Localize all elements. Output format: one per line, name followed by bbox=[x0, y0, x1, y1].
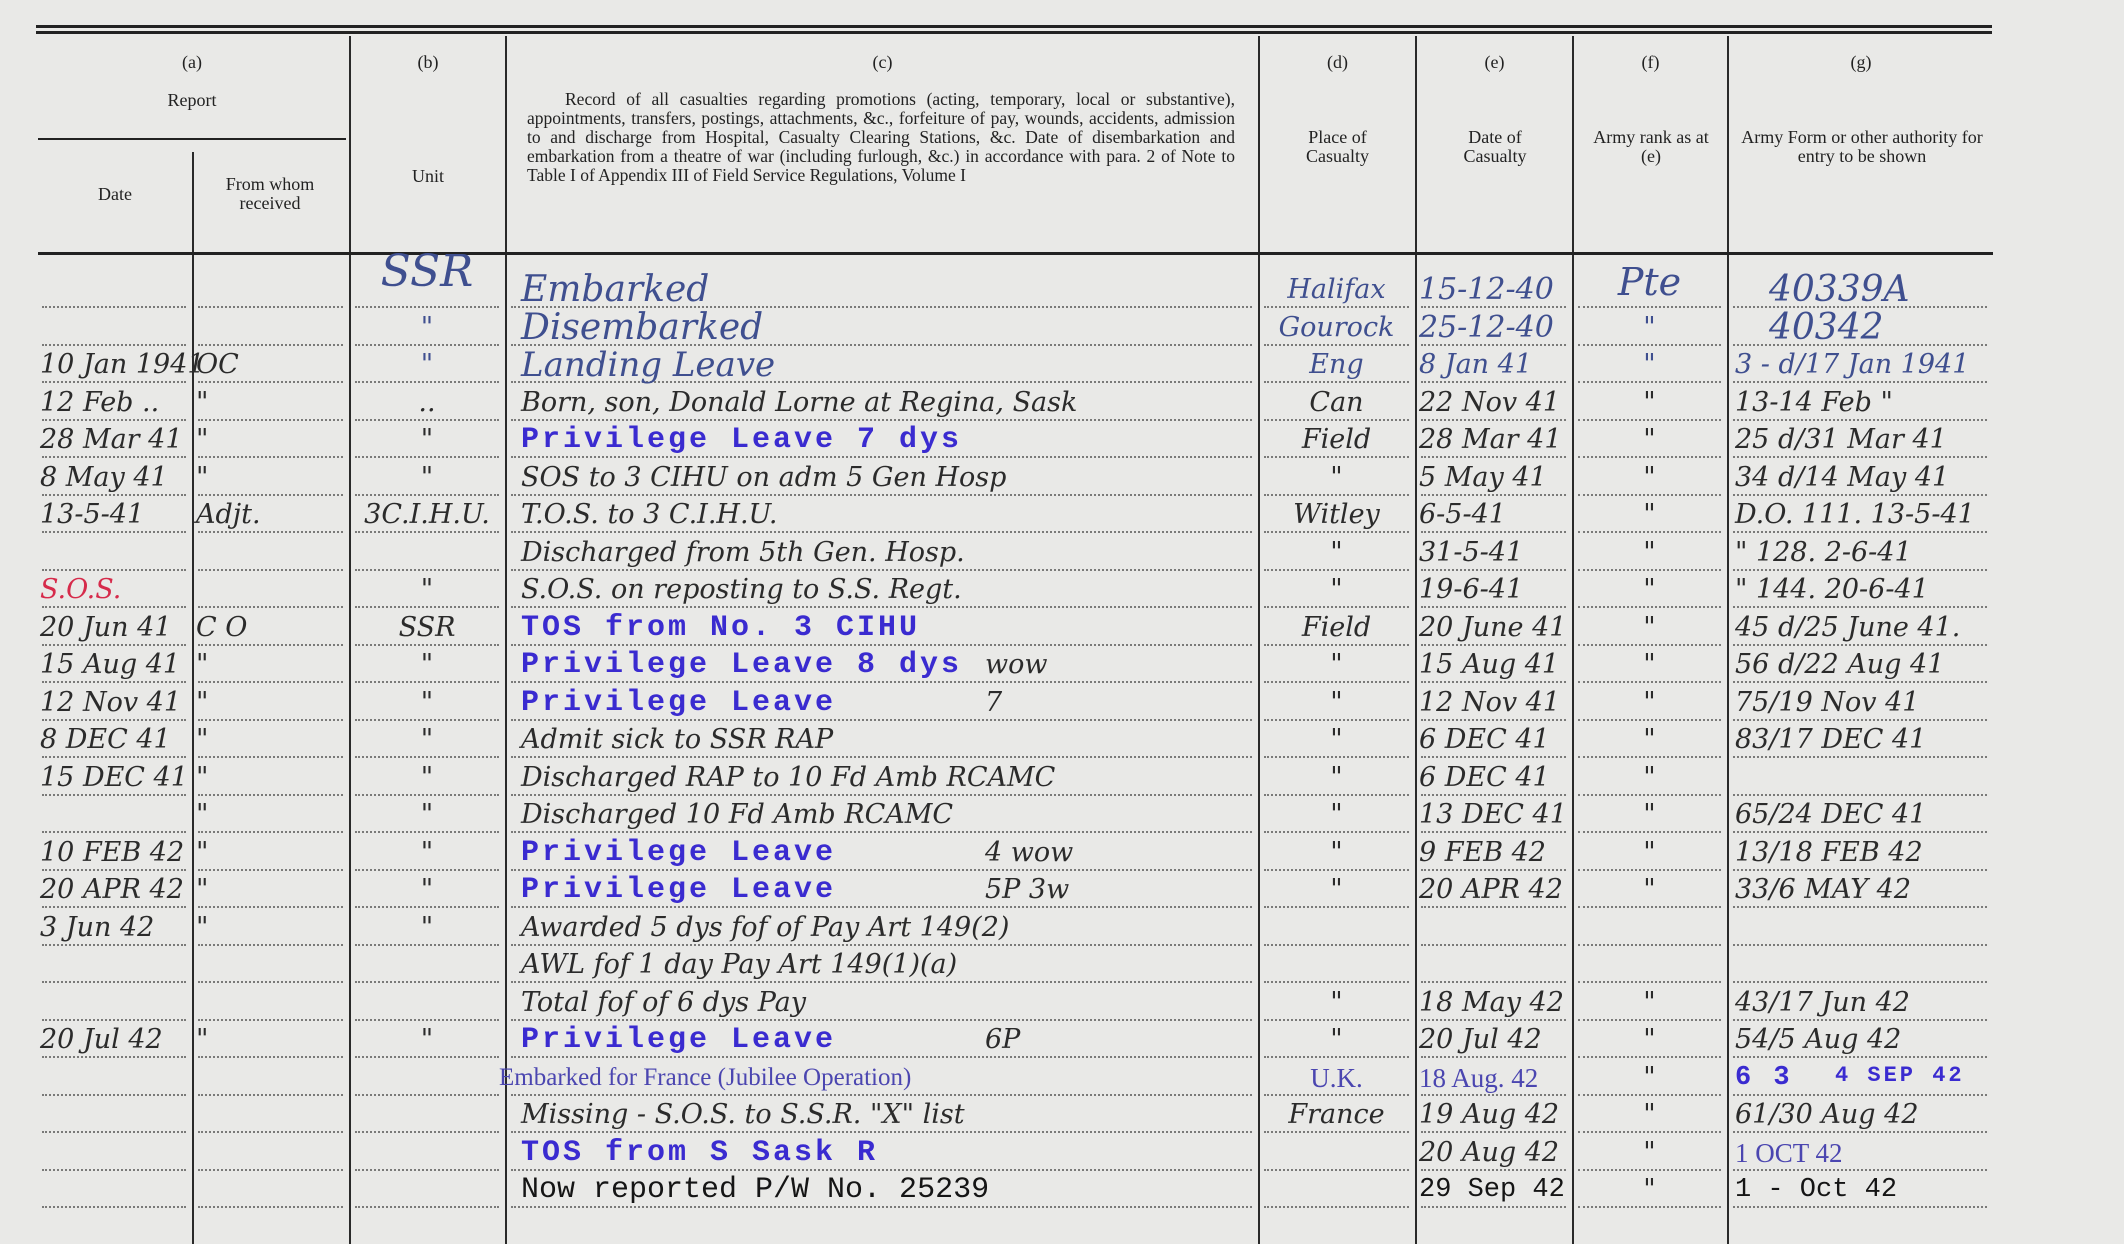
header-a-from: From whom received bbox=[205, 175, 335, 213]
cell-record: Privilege Leave bbox=[521, 838, 836, 868]
cell-from-whom: " bbox=[196, 650, 208, 680]
cell-date: 12 Nov 41 bbox=[40, 688, 181, 718]
dotted-guide bbox=[1264, 869, 1409, 871]
cell-authority: D.O. 111. 13-5-41 bbox=[1735, 500, 1975, 530]
dotted-guide bbox=[1733, 1131, 1987, 1133]
dotted-guide bbox=[1578, 1094, 1721, 1096]
header-b-title: Unit bbox=[351, 167, 505, 186]
header-a-title: Report bbox=[38, 91, 346, 110]
cell-date: 10 Jan 1941 bbox=[40, 350, 205, 380]
dotted-guide bbox=[1264, 831, 1409, 833]
cell-casualty-date: 25-12-40 bbox=[1419, 313, 1554, 343]
cell-record: Discharged 10 Fd Amb RCAMC bbox=[521, 800, 953, 830]
dotted-guide bbox=[42, 756, 186, 758]
cell-authority: 43/17 Jun 42 bbox=[1735, 988, 1910, 1018]
dotted-guide bbox=[198, 944, 343, 946]
dotted-guide bbox=[1733, 794, 1987, 796]
cell-casualty-date: 20 Aug 42 bbox=[1419, 1138, 1559, 1168]
header-e-letter: (e) bbox=[1417, 53, 1572, 72]
dotted-guide bbox=[355, 944, 499, 946]
dotted-guide bbox=[1264, 569, 1409, 571]
dotted-guide bbox=[42, 681, 186, 683]
dotted-guide bbox=[1733, 606, 1987, 608]
cell-authority: 61/30 Aug 42 bbox=[1735, 1100, 1919, 1130]
dotted-guide bbox=[1733, 681, 1987, 683]
cell-unit: SSR bbox=[351, 257, 503, 287]
report-subheader-rule bbox=[38, 138, 346, 140]
cell-rank: " bbox=[1574, 875, 1725, 905]
dotted-guide bbox=[42, 1206, 186, 1208]
cell-place: France bbox=[1260, 1100, 1413, 1130]
cell-from-whom: " bbox=[196, 463, 208, 493]
cell-place: Witley bbox=[1260, 500, 1413, 530]
cell-unit: " bbox=[351, 838, 503, 868]
dotted-guide bbox=[1421, 644, 1566, 646]
dotted-guide bbox=[1733, 719, 1987, 721]
dotted-guide bbox=[1733, 381, 1987, 383]
dotted-guide bbox=[1421, 1169, 1566, 1171]
dotted-guide bbox=[42, 531, 186, 533]
dotted-guide bbox=[1578, 569, 1721, 571]
dotted-guide bbox=[1264, 531, 1409, 533]
header-g-title: Army Form or other authority for entry t… bbox=[1740, 128, 1984, 166]
dotted-guide bbox=[355, 869, 499, 871]
cell-unit: " bbox=[351, 875, 503, 905]
dotted-guide bbox=[1264, 756, 1409, 758]
dotted-guide bbox=[1264, 1206, 1409, 1208]
dotted-guide bbox=[1578, 981, 1721, 983]
cell-rank: " bbox=[1574, 688, 1725, 718]
dotted-guide bbox=[1264, 644, 1409, 646]
dotted-guide bbox=[1421, 981, 1566, 983]
dotted-guide bbox=[198, 1056, 343, 1058]
dotted-guide bbox=[198, 906, 343, 908]
dotted-guide bbox=[1264, 606, 1409, 608]
dotted-guide bbox=[42, 869, 186, 871]
dotted-guide bbox=[355, 1169, 499, 1171]
dotted-guide bbox=[42, 494, 186, 496]
dotted-guide bbox=[1578, 344, 1721, 346]
cell-rank: " bbox=[1574, 575, 1725, 605]
cell-date: S.O.S. bbox=[40, 575, 121, 605]
cell-record: Embarked bbox=[521, 275, 709, 305]
header-bottom-rule bbox=[38, 252, 1993, 255]
dotted-guide bbox=[511, 944, 1252, 946]
cell-casualty-date: 8 Jan 41 bbox=[1419, 350, 1532, 380]
dotted-guide bbox=[42, 1019, 186, 1021]
cell-rank: " bbox=[1574, 1063, 1725, 1093]
cell-date: 8 DEC 41 bbox=[40, 725, 171, 755]
dotted-guide bbox=[355, 1019, 499, 1021]
cell-casualty-date: 6-5-41 bbox=[1419, 500, 1506, 530]
cell-record-note: wow bbox=[985, 650, 1047, 680]
cell-place: " bbox=[1260, 988, 1413, 1018]
cell-record: TOS from No. 3 CIHU bbox=[521, 613, 920, 643]
dotted-guide bbox=[1421, 1206, 1566, 1208]
dotted-guide bbox=[42, 981, 186, 983]
dotted-guide bbox=[1578, 944, 1721, 946]
cell-from-whom: " bbox=[196, 425, 208, 455]
cell-record: Awarded 5 dys fof of Pay Art 149(2) bbox=[521, 913, 1009, 943]
cell-rank: " bbox=[1574, 1175, 1725, 1205]
dotted-guide bbox=[1264, 456, 1409, 458]
dotted-guide bbox=[355, 644, 499, 646]
cell-record: Disembarked bbox=[521, 313, 763, 343]
dotted-guide bbox=[42, 1131, 186, 1133]
cell-rank: " bbox=[1574, 425, 1725, 455]
cell-authority: 6 3 bbox=[1735, 1063, 1793, 1093]
dotted-guide bbox=[1733, 906, 1987, 908]
cell-from-whom: Adjt. bbox=[196, 500, 261, 530]
dotted-guide bbox=[42, 606, 186, 608]
cell-from-whom: " bbox=[196, 688, 208, 718]
cell-place: " bbox=[1260, 538, 1413, 568]
cell-from-whom: " bbox=[196, 388, 208, 418]
cell-from-whom: C O bbox=[196, 613, 247, 643]
cell-rank: " bbox=[1574, 650, 1725, 680]
cell-record: Embarked for France (Jubilee Operation) bbox=[499, 1063, 911, 1093]
dotted-guide bbox=[1264, 681, 1409, 683]
cell-rank: " bbox=[1574, 538, 1725, 568]
cell-rank: " bbox=[1574, 988, 1725, 1018]
cell-authority: 34 d/14 May 41 bbox=[1735, 463, 1949, 493]
cell-authority: " 128. 2-6-41 bbox=[1735, 538, 1912, 568]
cell-record: Total fof of 6 dys Pay bbox=[521, 988, 806, 1018]
dotted-guide bbox=[1421, 419, 1566, 421]
dotted-guide bbox=[1733, 1056, 1987, 1058]
cell-authority: 13-14 Feb " bbox=[1735, 388, 1893, 418]
cell-place: " bbox=[1260, 875, 1413, 905]
cell-authority: 1 - Oct 42 bbox=[1735, 1175, 1897, 1205]
dotted-guide bbox=[1733, 1094, 1987, 1096]
cell-unit: .. bbox=[351, 388, 503, 418]
dotted-guide bbox=[198, 1094, 343, 1096]
dotted-guide bbox=[42, 831, 186, 833]
cell-casualty-date: 15 Aug 41 bbox=[1419, 650, 1559, 680]
dotted-guide bbox=[1264, 981, 1409, 983]
cell-casualty-date: 6 DEC 41 bbox=[1419, 725, 1550, 755]
header-c-title: Record of all casualties regarding promo… bbox=[527, 90, 1235, 185]
dotted-guide bbox=[198, 569, 343, 571]
cell-place: Gourock bbox=[1260, 313, 1413, 343]
cell-record-note: 4 wow bbox=[985, 838, 1073, 868]
dotted-guide bbox=[198, 381, 343, 383]
dotted-guide bbox=[1421, 719, 1566, 721]
cell-authority: " 144. 20-6-41 bbox=[1735, 575, 1929, 605]
cell-authority: 33/6 MAY 42 bbox=[1735, 875, 1911, 905]
dotted-guide bbox=[42, 1094, 186, 1096]
cell-rank: " bbox=[1574, 725, 1725, 755]
cell-place: " bbox=[1260, 688, 1413, 718]
dotted-guide bbox=[1578, 1206, 1721, 1208]
dotted-guide bbox=[1733, 981, 1987, 983]
cell-place: Halifax bbox=[1260, 275, 1413, 305]
cell-record: Privilege Leave 7 dys bbox=[521, 425, 962, 455]
dotted-guide bbox=[1578, 381, 1721, 383]
cell-authority: 40339A bbox=[1769, 275, 1910, 305]
cell-casualty-date: 29 Sep 42 bbox=[1419, 1175, 1565, 1205]
dotted-guide bbox=[1733, 1169, 1987, 1171]
cell-authority: 1 OCT 42 bbox=[1735, 1138, 1843, 1168]
cell-unit: " bbox=[351, 1025, 503, 1055]
cell-record: AWL fof 1 day Pay Art 149(1)(a) bbox=[521, 950, 957, 980]
dotted-guide bbox=[1421, 1131, 1566, 1133]
dotted-guide bbox=[1421, 681, 1566, 683]
cell-date: 10 FEB 42 bbox=[40, 838, 184, 868]
dotted-guide bbox=[511, 1131, 1252, 1133]
cell-rank: " bbox=[1574, 1138, 1725, 1168]
dotted-guide bbox=[42, 1169, 186, 1171]
header-d-title: Place of Casualty bbox=[1275, 128, 1400, 166]
header-g-letter: (g) bbox=[1729, 53, 1993, 72]
cell-place: " bbox=[1260, 725, 1413, 755]
cell-casualty-date: 13 DEC 41 bbox=[1419, 800, 1567, 830]
cell-rank: " bbox=[1574, 613, 1725, 643]
cell-casualty-date: 20 APR 42 bbox=[1419, 875, 1563, 905]
dotted-guide bbox=[1421, 794, 1566, 796]
cell-place: " bbox=[1260, 650, 1413, 680]
dotted-guide bbox=[1264, 1131, 1409, 1133]
dotted-guide bbox=[1578, 644, 1721, 646]
dotted-guide bbox=[1264, 1056, 1409, 1058]
cell-rank: " bbox=[1574, 838, 1725, 868]
cell-rank: " bbox=[1574, 763, 1725, 793]
dotted-guide bbox=[511, 569, 1252, 571]
dotted-guide bbox=[1733, 944, 1987, 946]
cell-unit: " bbox=[351, 725, 503, 755]
dotted-guide bbox=[1264, 906, 1409, 908]
cell-from-whom: " bbox=[196, 838, 208, 868]
dotted-guide bbox=[355, 569, 499, 571]
cell-place: Field bbox=[1260, 425, 1413, 455]
dotted-guide bbox=[1578, 531, 1721, 533]
dotted-guide bbox=[1578, 1169, 1721, 1171]
cell-record: TOS from S Sask R bbox=[521, 1138, 878, 1168]
dotted-guide bbox=[1578, 306, 1721, 308]
dotted-guide bbox=[1578, 719, 1721, 721]
cell-authority: 3 - d/17 Jan 1941 bbox=[1735, 350, 1969, 380]
cell-casualty-date: 20 Jul 42 bbox=[1419, 1025, 1542, 1055]
top-rule-2 bbox=[36, 31, 1992, 34]
dotted-guide bbox=[198, 869, 343, 871]
col-line-a-split bbox=[192, 152, 194, 1244]
cell-authority: 65/24 DEC 41 bbox=[1735, 800, 1926, 830]
cell-date: 3 Jun 42 bbox=[40, 913, 154, 943]
dotted-guide bbox=[198, 531, 343, 533]
cell-record: Privilege Leave bbox=[521, 1025, 836, 1055]
dotted-guide bbox=[1421, 531, 1566, 533]
cell-casualty-date: 20 June 41 bbox=[1419, 613, 1566, 643]
dotted-guide bbox=[1421, 869, 1566, 871]
dotted-guide bbox=[198, 719, 343, 721]
dotted-guide bbox=[355, 794, 499, 796]
dotted-guide bbox=[355, 1206, 499, 1208]
dotted-guide bbox=[1421, 1019, 1566, 1021]
dotted-guide bbox=[1733, 531, 1987, 533]
dotted-guide bbox=[1733, 1206, 1987, 1208]
dotted-guide bbox=[355, 606, 499, 608]
cell-date: 15 Aug 41 bbox=[40, 650, 180, 680]
cell-date: 13-5-41 bbox=[40, 500, 144, 530]
cell-casualty-date: 28 Mar 41 bbox=[1419, 425, 1562, 455]
cell-from-whom: " bbox=[196, 1025, 208, 1055]
dotted-guide bbox=[511, 419, 1252, 421]
cell-record: Privilege Leave bbox=[521, 688, 836, 718]
dotted-guide bbox=[1578, 419, 1721, 421]
dotted-guide bbox=[1578, 756, 1721, 758]
dotted-guide bbox=[1264, 1094, 1409, 1096]
dotted-guide bbox=[198, 1019, 343, 1021]
cell-from-whom: " bbox=[196, 800, 208, 830]
dotted-guide bbox=[1421, 944, 1566, 946]
cell-rank: " bbox=[1574, 313, 1725, 343]
cell-casualty-date: 31-5-41 bbox=[1419, 538, 1523, 568]
dotted-guide bbox=[1578, 869, 1721, 871]
cell-casualty-date: 15-12-40 bbox=[1419, 275, 1554, 305]
cell-place: Eng bbox=[1260, 350, 1413, 380]
dotted-guide bbox=[1578, 1019, 1721, 1021]
cell-casualty-date: 18 Aug. 42 bbox=[1419, 1063, 1538, 1093]
cell-date: 28 Mar 41 bbox=[40, 425, 183, 455]
dotted-guide bbox=[355, 1094, 499, 1096]
cell-date: 20 APR 42 bbox=[40, 875, 184, 905]
dotted-guide bbox=[198, 456, 343, 458]
dotted-guide bbox=[1733, 644, 1987, 646]
dotted-guide bbox=[42, 1056, 186, 1058]
cell-date: 15 DEC 41 bbox=[40, 763, 188, 793]
dotted-guide bbox=[198, 681, 343, 683]
cell-unit: " bbox=[351, 650, 503, 680]
dotted-guide bbox=[1421, 831, 1566, 833]
dotted-guide bbox=[1421, 906, 1566, 908]
dotted-guide bbox=[355, 381, 499, 383]
cell-unit: " bbox=[351, 463, 503, 493]
dotted-guide bbox=[1421, 756, 1566, 758]
dotted-guide bbox=[198, 1169, 343, 1171]
dotted-guide bbox=[511, 831, 1252, 833]
cell-place: " bbox=[1260, 575, 1413, 605]
dotted-guide bbox=[1578, 1056, 1721, 1058]
dotted-guide bbox=[1264, 1169, 1409, 1171]
cell-record: T.O.S. to 3 C.I.H.U. bbox=[521, 500, 777, 530]
cell-authority: 54/5 Aug 42 bbox=[1735, 1025, 1901, 1055]
cell-from-whom: " bbox=[196, 763, 208, 793]
cell-unit: " bbox=[351, 425, 503, 455]
cell-date: 12 Feb .. bbox=[40, 388, 159, 418]
dotted-guide bbox=[511, 981, 1252, 983]
cell-record: Discharged RAP to 10 Fd Amb RCAMC bbox=[521, 763, 1055, 793]
dotted-guide bbox=[198, 794, 343, 796]
dotted-guide bbox=[1264, 419, 1409, 421]
header-b-letter: (b) bbox=[351, 53, 505, 72]
dotted-guide bbox=[355, 719, 499, 721]
dotted-guide bbox=[1578, 1131, 1721, 1133]
cell-record: S.O.S. on reposting to S.S. Regt. bbox=[521, 575, 962, 605]
dotted-guide bbox=[1264, 344, 1409, 346]
dotted-guide bbox=[1264, 794, 1409, 796]
cell-date: 8 May 41 bbox=[40, 463, 168, 493]
dotted-guide bbox=[42, 944, 186, 946]
cell-casualty-date: 9 FEB 42 bbox=[1419, 838, 1546, 868]
dotted-guide bbox=[355, 1131, 499, 1133]
dotted-guide bbox=[1421, 606, 1566, 608]
cell-casualty-date: 18 May 42 bbox=[1419, 988, 1564, 1018]
cell-rank: " bbox=[1574, 1100, 1725, 1130]
dotted-guide bbox=[1733, 494, 1987, 496]
cell-record: Born, son, Donald Lorne at Regina, Sask bbox=[521, 388, 1077, 418]
dotted-guide bbox=[1421, 1056, 1566, 1058]
dotted-guide bbox=[198, 1206, 343, 1208]
cell-place: " bbox=[1260, 463, 1413, 493]
dotted-guide bbox=[1264, 1019, 1409, 1021]
dotted-guide bbox=[1264, 381, 1409, 383]
cell-record: SOS to 3 CIHU on adm 5 Gen Hosp bbox=[521, 463, 1006, 493]
dotted-guide bbox=[355, 756, 499, 758]
dotted-guide bbox=[42, 644, 186, 646]
cell-record: Privilege Leave 8 dys bbox=[521, 650, 962, 680]
cell-record-note: 7 bbox=[985, 688, 1002, 718]
dotted-guide bbox=[355, 531, 499, 533]
dotted-guide bbox=[1578, 794, 1721, 796]
dotted-guide bbox=[1578, 606, 1721, 608]
cell-record-note: 6P bbox=[985, 1025, 1020, 1055]
dotted-guide bbox=[355, 831, 499, 833]
cell-authority: 75/19 Nov 41 bbox=[1735, 688, 1919, 718]
dotted-guide bbox=[198, 831, 343, 833]
dotted-guide bbox=[198, 419, 343, 421]
dotted-guide bbox=[1264, 719, 1409, 721]
dotted-guide bbox=[511, 756, 1252, 758]
dotted-guide bbox=[1733, 831, 1987, 833]
cell-place: " bbox=[1260, 1025, 1413, 1055]
cell-authority: 45 d/25 June 41. bbox=[1735, 613, 1960, 643]
cell-unit: " bbox=[351, 350, 503, 380]
dotted-guide bbox=[1578, 494, 1721, 496]
dotted-guide bbox=[1264, 944, 1409, 946]
dotted-guide bbox=[511, 1094, 1252, 1096]
cell-from-whom: " bbox=[196, 875, 208, 905]
cell-unit: 3C.I.H.U. bbox=[351, 500, 503, 530]
cell-authority: 25 d/31 Mar 41 bbox=[1735, 425, 1947, 455]
cell-unit: " bbox=[351, 688, 503, 718]
header-f-title: Army rank as at (e) bbox=[1590, 128, 1712, 166]
top-rule-1 bbox=[36, 25, 1992, 28]
cell-authority: 13/18 FEB 42 bbox=[1735, 838, 1923, 868]
dotted-guide bbox=[1578, 906, 1721, 908]
header-d-letter: (d) bbox=[1260, 53, 1415, 72]
dotted-guide bbox=[198, 1131, 343, 1133]
dotted-guide bbox=[511, 531, 1252, 533]
dotted-guide bbox=[198, 306, 343, 308]
cell-rank: " bbox=[1574, 500, 1725, 530]
header-a-letter: (a) bbox=[38, 53, 346, 72]
dotted-guide bbox=[198, 606, 343, 608]
header-a-date: Date bbox=[38, 185, 192, 204]
dotted-guide bbox=[42, 306, 186, 308]
dotted-guide bbox=[1733, 456, 1987, 458]
dotted-guide bbox=[198, 344, 343, 346]
cell-casualty-date: 22 Nov 41 bbox=[1419, 388, 1560, 418]
dotted-guide bbox=[42, 456, 186, 458]
cell-unit: SSR bbox=[351, 613, 503, 643]
cell-unit: " bbox=[351, 763, 503, 793]
cell-unit: " bbox=[351, 800, 503, 830]
cell-authority: 40342 bbox=[1769, 313, 1884, 343]
dotted-guide bbox=[1421, 381, 1566, 383]
cell-record-note: 5P 3w bbox=[985, 875, 1069, 905]
col-line-d-e bbox=[1415, 36, 1417, 1244]
dotted-guide bbox=[355, 419, 499, 421]
